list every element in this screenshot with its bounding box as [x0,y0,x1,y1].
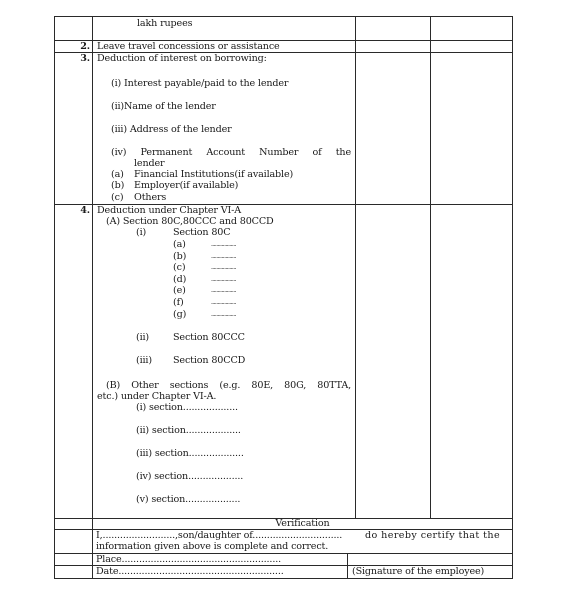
row3-sub-text-a: Financial Institutions(if available) [134,169,293,180]
sec80c-item-blank: ................... [211,262,236,273]
sec80c-item-label: (d) [173,274,186,285]
row3-title: Deduction of interest on borrowing: [97,53,267,64]
sec80c-item-blank: ................... [211,274,236,285]
table-number-column-divider [92,16,93,579]
row3-sub-label-a: (a) [111,169,124,180]
row3-item-lender-name: (ii)Name of the lender [111,101,216,112]
row4-part-b-cont: etc.) under Chapter VI-A. [97,391,216,402]
verification-line1-right: do hereby certify that the [365,530,500,541]
signature-label: (Signature of the employee) [352,566,484,577]
row3-sub-label-c: (c) [111,192,123,203]
sec80c-item-label: (c) [173,262,185,273]
table-bottom-border [54,578,513,579]
row4-number: 4. [56,205,90,216]
sec80c-item-label: (f) [173,297,184,308]
other-section-5: (v) section................... [136,494,240,505]
table-right-border [512,16,513,579]
row3-sub-label-b: (b) [111,180,124,191]
row3-sub-text-c: Others [134,192,166,203]
sec80c-item-blank: ................... [211,297,236,308]
signature-cell-divider [347,553,348,579]
sec80c-item-label: (a) [173,239,186,250]
table-top-border [54,16,513,17]
verification-heading: Verification [93,518,512,529]
row2-text: Leave travel concessions or assistance [97,41,280,52]
row3-item-pan: (iv) Permanent Account Number of the [111,147,351,158]
row3-item-lender-address: (iii) Address of the lender [111,124,232,135]
row3-sub-text-b: Employer(if available) [134,180,238,191]
sec80c-item-blank: ................... [211,239,236,250]
sec80c-item-blank: ................... [211,285,236,296]
other-section-1: (i) section................... [136,402,238,413]
other-section-2: (ii) section................... [136,425,241,436]
place-field: Place...................................… [96,554,281,565]
sec80c-text: Section 80C [173,227,230,238]
sec80ccd-label: (iii) [136,355,152,366]
sec80c-item-label: (b) [173,251,186,262]
row4-title: Deduction under Chapter VI-A [97,205,241,216]
row3-number: 3. [56,53,90,64]
row4-part-a: (A) Section 80C,80CCC and 80CCD [106,216,274,227]
sec80c-item-label: (e) [173,285,186,296]
sec80ccc-text: Section 80CCC [173,332,245,343]
table-column-divider-2 [355,16,356,518]
row3-item-pan-cont: lender [134,158,164,169]
date-field: Date....................................… [96,566,284,577]
sec80c-item-blank: ................... [211,251,236,262]
row3-item-interest: (i) Interest payable/paid to the lender [111,78,288,89]
sec80c-label: (i) [136,227,146,238]
table-left-border [54,16,55,579]
other-section-4: (iv) section................... [136,471,243,482]
verification-line2: information given above is complete and … [96,541,328,552]
table-column-divider-3 [430,16,431,518]
sec80ccc-label: (ii) [136,332,149,343]
row4-part-b: (B) Other sections (e.g. 80E, 80G, 80TTA… [106,380,351,391]
other-section-3: (iii) section................... [136,448,244,459]
row2-number: 2. [56,41,90,52]
sec80ccd-text: Section 80CCD [173,355,245,366]
verification-line1-left: I,.........................,son/daughter… [96,530,342,541]
row1-text: lakh rupees [137,18,192,29]
sec80c-item-blank: ................... [211,309,236,320]
sec80c-item-label: (g) [173,309,186,320]
